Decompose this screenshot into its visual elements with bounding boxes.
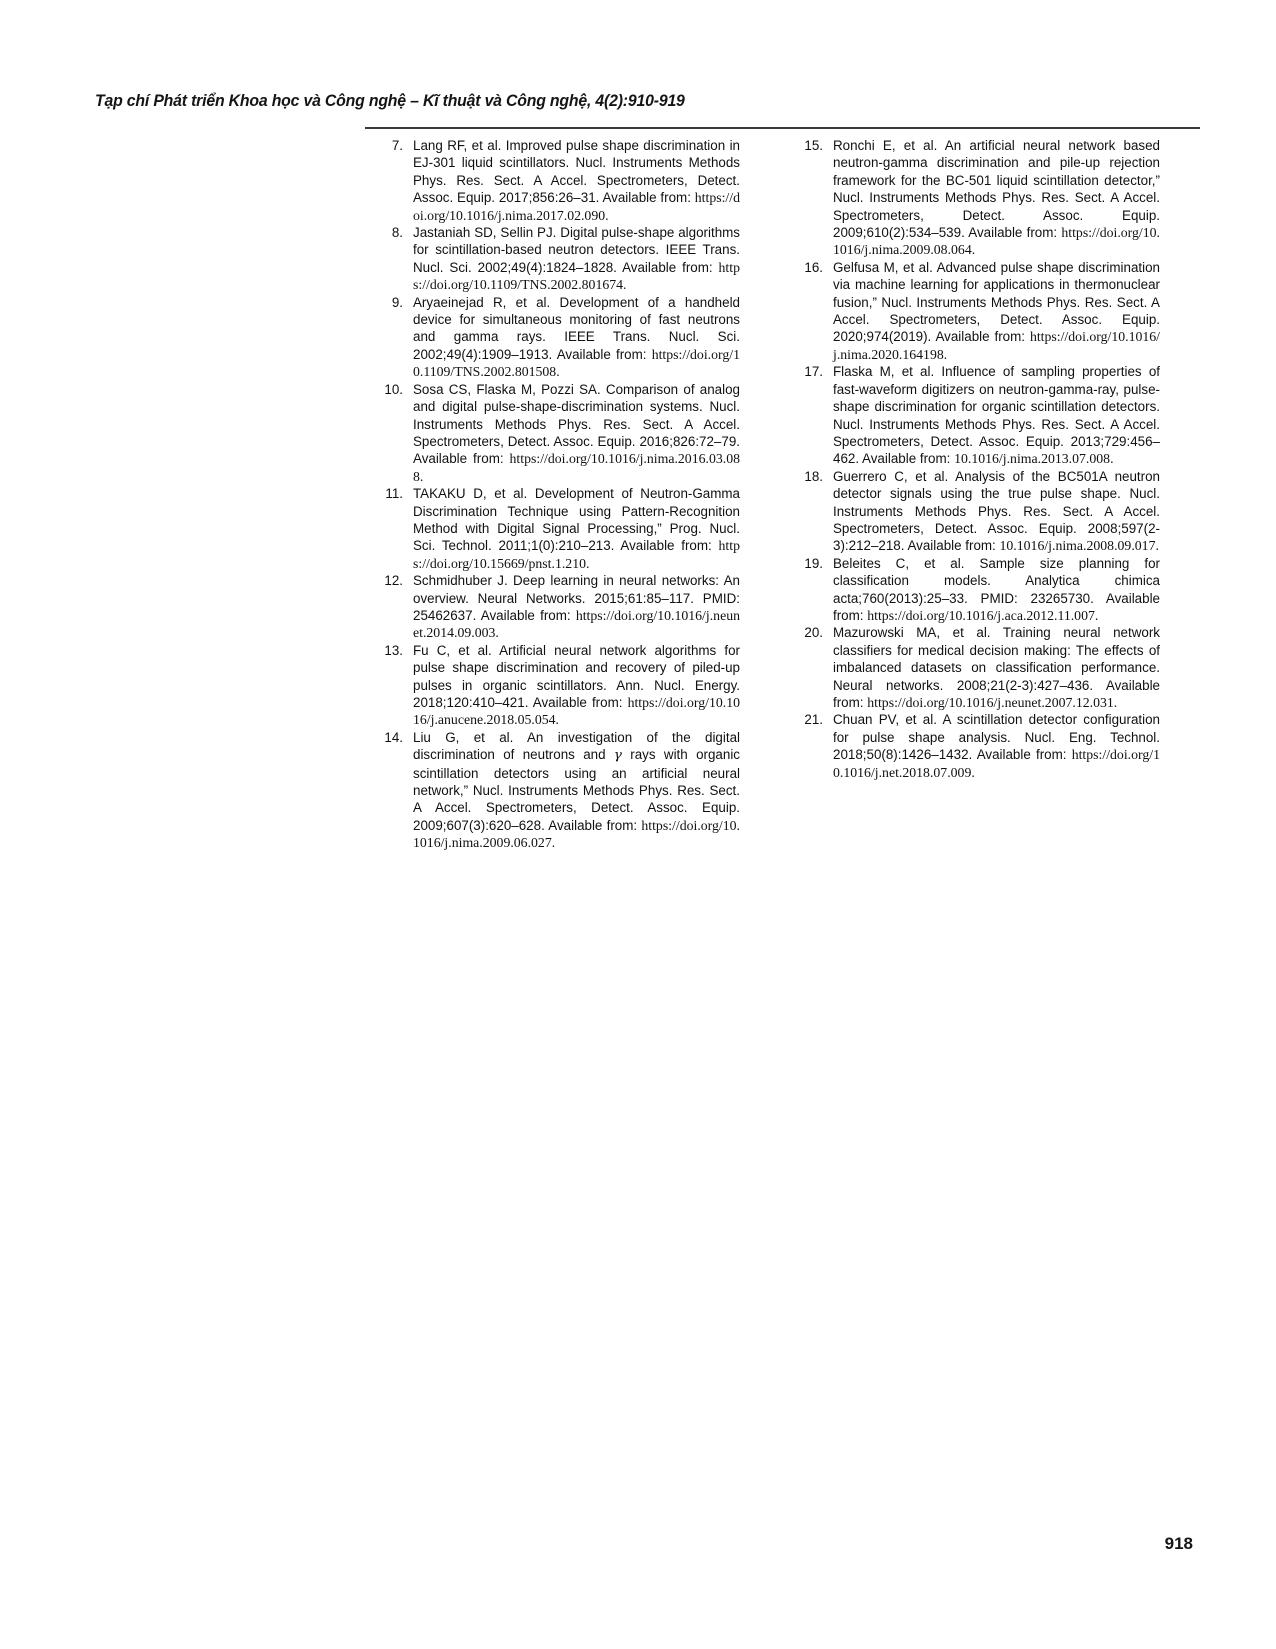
reference-number: 21. bbox=[785, 711, 833, 781]
reference-text: Sosa CS, Flaska M, Pozzi SA. Comparison … bbox=[413, 381, 740, 485]
reference-citation-text: Jastaniah SD, Sellin PJ. Digital pulse-s… bbox=[413, 225, 740, 275]
references-section: 7.Lang RF, et al. Improved pulse shape d… bbox=[365, 137, 1160, 852]
reference-item: 8.Jastaniah SD, Sellin PJ. Digital pulse… bbox=[365, 224, 740, 294]
reference-text: Ronchi E, et al. An artificial neural ne… bbox=[833, 137, 1160, 259]
doi-link[interactable]: https://doi.org/10.1016/j.neunet.2007.12… bbox=[867, 695, 1117, 710]
reference-number: 7. bbox=[365, 137, 413, 224]
doi-link[interactable]: 10.1016/j.nima.2008.09.017. bbox=[1000, 538, 1159, 553]
reference-number: 12. bbox=[365, 572, 413, 642]
reference-number: 9. bbox=[365, 294, 413, 381]
reference-number: 14. bbox=[365, 729, 413, 852]
reference-number: 19. bbox=[785, 555, 833, 625]
reference-text: Schmidhuber J. Deep learning in neural n… bbox=[413, 572, 740, 642]
header-divider-rule bbox=[365, 127, 1200, 129]
reference-item: 16.Gelfusa M, et al. Advanced pulse shap… bbox=[785, 259, 1160, 363]
gamma-symbol: γ bbox=[614, 748, 622, 763]
reference-item: 9.Aryaeinejad R, et al. Development of a… bbox=[365, 294, 740, 381]
reference-text: TAKAKU D, et al. Development of Neutron-… bbox=[413, 485, 740, 572]
references-right-column: 15.Ronchi E, et al. An artificial neural… bbox=[785, 137, 1160, 852]
doi-link[interactable]: https://doi.org/10.1016/j.aca.2012.11.00… bbox=[867, 608, 1098, 623]
reference-number: 8. bbox=[365, 224, 413, 294]
reference-text: Fu C, et al. Artificial neural network a… bbox=[413, 642, 740, 729]
reference-text: Jastaniah SD, Sellin PJ. Digital pulse-s… bbox=[413, 224, 740, 294]
reference-number: 15. bbox=[785, 137, 833, 259]
reference-number: 18. bbox=[785, 468, 833, 555]
reference-number: 16. bbox=[785, 259, 833, 363]
reference-item: 17.Flaska M, et al. Influence of samplin… bbox=[785, 363, 1160, 467]
reference-text: Liu G, et al. An investigation of the di… bbox=[413, 729, 740, 852]
reference-item: 13.Fu C, et al. Artificial neural networ… bbox=[365, 642, 740, 729]
reference-text: Mazurowski MA, et al. Training neural ne… bbox=[833, 624, 1160, 711]
reference-text: Lang RF, et al. Improved pulse shape dis… bbox=[413, 137, 740, 224]
reference-number: 13. bbox=[365, 642, 413, 729]
reference-text: Flaska M, et al. Influence of sampling p… bbox=[833, 363, 1160, 467]
journal-header: Tạp chí Phát triển Khoa học và Công nghệ… bbox=[95, 92, 685, 111]
reference-number: 20. bbox=[785, 624, 833, 711]
reference-text: Aryaeinejad R, et al. Development of a h… bbox=[413, 294, 740, 381]
reference-text: Gelfusa M, et al. Advanced pulse shape d… bbox=[833, 259, 1160, 363]
reference-number: 17. bbox=[785, 363, 833, 467]
reference-item: 11.TAKAKU D, et al. Development of Neutr… bbox=[365, 485, 740, 572]
reference-number: 11. bbox=[365, 485, 413, 572]
reference-item: 21.Chuan PV, et al. A scintillation dete… bbox=[785, 711, 1160, 781]
reference-item: 10.Sosa CS, Flaska M, Pozzi SA. Comparis… bbox=[365, 381, 740, 485]
reference-item: 20.Mazurowski MA, et al. Training neural… bbox=[785, 624, 1160, 711]
reference-text: Chuan PV, et al. A scintillation detecto… bbox=[833, 711, 1160, 781]
reference-text: Guerrero C, et al. Analysis of the BC501… bbox=[833, 468, 1160, 555]
reference-text: Beleites C, et al. Sample size planning … bbox=[833, 555, 1160, 625]
reference-number: 10. bbox=[365, 381, 413, 485]
references-left-column: 7.Lang RF, et al. Improved pulse shape d… bbox=[365, 137, 740, 852]
page-number: 918 bbox=[1165, 1534, 1193, 1554]
reference-citation-text: Lang RF, et al. Improved pulse shape dis… bbox=[413, 138, 740, 205]
doi-link[interactable]: 10.1016/j.nima.2013.07.008. bbox=[954, 451, 1113, 466]
reference-item: 12.Schmidhuber J. Deep learning in neura… bbox=[365, 572, 740, 642]
reference-item: 14.Liu G, et al. An investigation of the… bbox=[365, 729, 740, 852]
reference-item: 18.Guerrero C, et al. Analysis of the BC… bbox=[785, 468, 1160, 555]
reference-item: 15.Ronchi E, et al. An artificial neural… bbox=[785, 137, 1160, 259]
reference-citation-text: TAKAKU D, et al. Development of Neutron-… bbox=[413, 486, 740, 553]
reference-item: 19.Beleites C, et al. Sample size planni… bbox=[785, 555, 1160, 625]
reference-item: 7.Lang RF, et al. Improved pulse shape d… bbox=[365, 137, 740, 224]
